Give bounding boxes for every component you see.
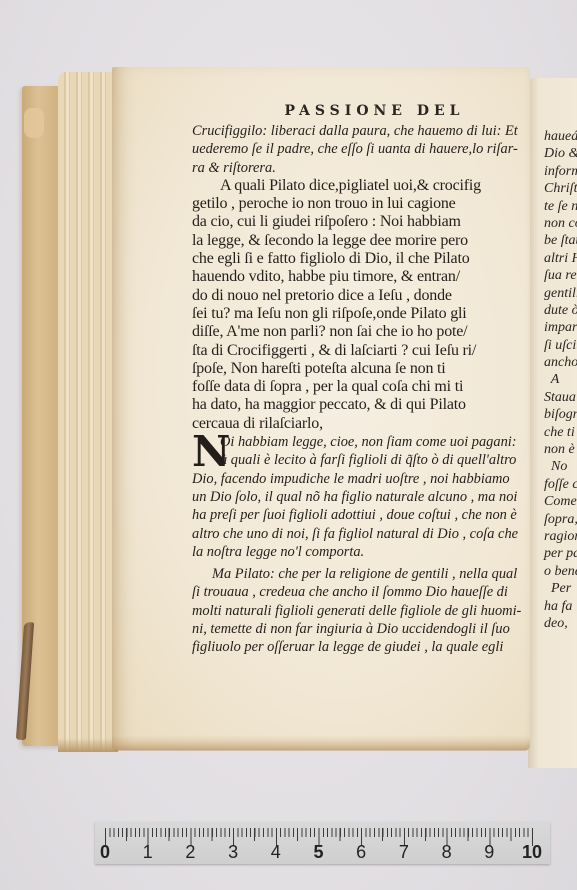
- ruler-label: 7: [389, 842, 419, 862]
- facing-text-line: be ſtato: [544, 232, 577, 249]
- text-line: getilo , peroche io non trouo in lui cag…: [192, 195, 517, 213]
- text-line: ni, temette di non far ingiuria à Dio uc…: [192, 620, 517, 638]
- gloss-line: un Dio ſolo, il qual nõ ha figlio natura…: [192, 488, 517, 506]
- facing-text-line: A: [544, 371, 577, 388]
- text-line: ha dato, ha maggior peccato, & di qui Pi…: [192, 396, 517, 414]
- gloss-line: altro che uno di noi, ſi fa figliol natu…: [192, 525, 517, 543]
- ruler-label: 8: [432, 842, 462, 862]
- text-line: ſei tu? ma Ieſu non gli riſpoſe,onde Pil…: [192, 305, 517, 323]
- text-line: da cio, cui li giudei riſpoſero : Noi ha…: [192, 213, 517, 231]
- facing-text-line: haueá p: [544, 128, 577, 145]
- facing-text-line: che ti è: [544, 424, 577, 441]
- gloss-line: la noſtra legge no'l comporta.: [192, 543, 517, 561]
- facing-text-line: ſua reli: [544, 267, 577, 284]
- text-line: do di nouo nel pretorio dice a Ieſu , do…: [192, 287, 517, 305]
- text-line: diſſe, A'me non parli? non ſai che io ho…: [192, 323, 517, 341]
- page-text-block: PASSIONE DEL Crucifiggilo: liberaci dall…: [192, 100, 517, 657]
- final-paragraph: Ma Pilato: che per la religione de genti…: [192, 565, 517, 656]
- facing-text-line: ſi uſcit: [544, 337, 577, 354]
- facing-text-line: per pa: [544, 545, 577, 562]
- text-line: ſta di Crocifiggerti , & di laſciarti ? …: [192, 342, 517, 360]
- text-line: la legge, & ſecondo la legge dee morire …: [192, 232, 517, 250]
- ruler-label: 10: [517, 842, 547, 862]
- cover-wear-patch: [24, 108, 44, 138]
- text-line: figliuolo per oſſeruar la legge de giude…: [192, 638, 517, 656]
- facing-text-line: ſopra,: [544, 511, 577, 528]
- facing-text-line: No: [544, 458, 577, 475]
- text-line: A quali Pilato dice,pigliatel uoi,& croc…: [192, 177, 517, 195]
- gloss-line: Oi habbiam legge, cioe, non ſiam come uo…: [192, 433, 517, 451]
- facing-text-line: ha fa: [544, 598, 577, 615]
- scale-ruler: 012345678910: [95, 822, 550, 864]
- facing-text-line: te ſe ne t: [544, 198, 577, 215]
- facing-text-line: foſſe c: [544, 476, 577, 493]
- facing-text-line: Chriſto: [544, 180, 577, 197]
- facing-text-line: Staua: [544, 389, 577, 406]
- facing-text-line: non è f: [544, 441, 577, 458]
- ruler-label: 2: [175, 842, 205, 862]
- drop-cap: N: [192, 433, 230, 471]
- ruler-label: 9: [474, 842, 504, 862]
- ruler-label: 4: [261, 842, 291, 862]
- gloss-paragraph: N Oi habbiam legge, cioe, non ſiam come …: [192, 433, 517, 561]
- gloss-line: à quali è lecito à farſi figlioli di q̃ſ…: [192, 451, 517, 469]
- facing-text-line: biſogn: [544, 406, 577, 423]
- facing-text-line: ancho: [544, 354, 577, 371]
- ruler-label: 0: [90, 842, 120, 862]
- facing-text-line: Dio & f: [544, 145, 577, 162]
- facing-page-text: haueá pDio & finformarChriſtote ſe ne tn…: [544, 128, 577, 632]
- text-line: hauendo vdito, habbe piu timore, & entra…: [192, 268, 517, 286]
- facing-text-line: non cont: [544, 215, 577, 232]
- gloss-line: Dio, facendo impudiche le madri uoſtre ,…: [192, 470, 517, 488]
- text-line: cercaua di rilaſciarlo,: [192, 415, 517, 433]
- text-line: foſſe data di ſopra , per la qual coſa c…: [192, 378, 517, 396]
- page-edges-stack: [58, 72, 118, 752]
- facing-text-line: Come: [544, 493, 577, 510]
- text-line: molti naturali figlioli generati delle f…: [192, 602, 517, 620]
- facing-text-line: informar: [544, 163, 577, 180]
- ruler-label: 6: [346, 842, 376, 862]
- facing-text-line: o bene: [544, 563, 577, 580]
- ruler-label: 3: [218, 842, 248, 862]
- facing-text-line: Per: [544, 580, 577, 597]
- facing-text-line: impara: [544, 319, 577, 336]
- facing-text-line: dute ò ſ: [544, 302, 577, 319]
- facing-text-line: gentili: [544, 285, 577, 302]
- facing-text-line: altri He: [544, 250, 577, 267]
- running-head: PASSIONE DEL: [232, 100, 517, 122]
- ruler-label: 5: [304, 842, 334, 862]
- text-line: Crucifiggilo: liberaci dalla paura, che …: [192, 122, 517, 140]
- text-line: ſi trouaua , credeua che ancho il ſommo …: [192, 583, 517, 601]
- text-line: Ma Pilato: che per la religione de genti…: [192, 565, 517, 583]
- ruler-label: 1: [133, 842, 163, 862]
- facing-text-line: deo,: [544, 615, 577, 632]
- text-line: uederemo ſe il padre, che eſſo ſi uanta …: [192, 140, 517, 158]
- text-line: ſpoſe, Non hareſti poteſta alcuna ſe non…: [192, 360, 517, 378]
- facing-page-right: haueá pDio & finformarChriſtote ſe ne tn…: [528, 78, 577, 768]
- gloss-line: ha preſi per ſuoi figlioli adottiui , do…: [192, 506, 517, 524]
- text-line: che egli ſi e fatto figliolo di Dio, il …: [192, 250, 517, 268]
- text-line: ra & riſtorera.: [192, 159, 517, 177]
- page-foxing-stain: [112, 735, 530, 751]
- facing-text-line: ragion: [544, 528, 577, 545]
- ruler-labels: 012345678910: [95, 842, 550, 862]
